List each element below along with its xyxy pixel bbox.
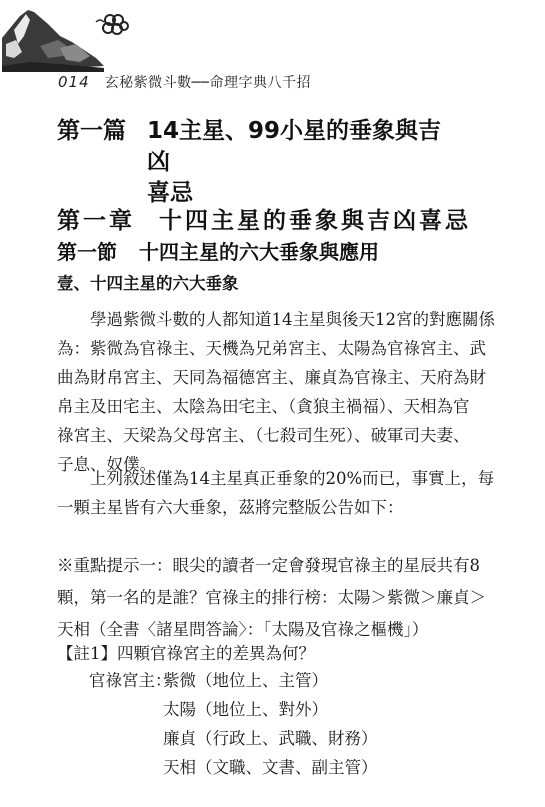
key-note: ※重點提示一：眼尖的讀者一定會發現官祿主的星辰共有8 顆，第一名的是誰？官祿主的… — [57, 550, 497, 646]
annotation-item: 紫微（地位上、主管） — [163, 666, 328, 695]
chapter-heading: 十四主星的垂象與吉凶喜忌 — [159, 207, 471, 234]
annotation-row: 廉貞（行政上、武職、財務） — [89, 724, 163, 753]
annotation-label: 官祿宮主： — [89, 666, 163, 695]
part-label: 第一篇 — [57, 116, 147, 147]
annotation-row: 天相（文職、文書、副主管） — [89, 753, 163, 782]
annotation-item: 廉貞（行政上、武職、財務） — [163, 724, 378, 753]
running-header: 014 玄秘紫微斗數──命理字典八千招 — [58, 72, 311, 92]
chapter-label: 第一章 — [57, 207, 135, 234]
section-title: 第一節十四主星的六大垂象與應用 — [57, 236, 379, 265]
body-paragraph-2: 上列敘述僅為14主星真正垂象的20%而已，事實上，每 一顆主星皆有六大垂象，茲將… — [57, 464, 497, 522]
text-line: 上列敘述僅為14主星真正垂象的20%而已，事實上，每 — [57, 464, 497, 493]
annotation-item: 太陽（地位上、對外） — [163, 695, 328, 724]
text-line: 祿宮主、天梁為父母宮主、（七殺司生死）、破軍司夫妻、 — [57, 421, 497, 450]
annotation-row: 官祿宮主： 紫微（地位上、主管） — [89, 666, 163, 695]
text-line: 曲為財帛宮主、天同為福德宮主、廉貞為官祿主、天府為財 — [57, 363, 497, 392]
body-paragraph-1: 學過紫微斗數的人都知道14主星與後天12宮的對應關係 為：紫微為官祿主、天機為兄… — [57, 305, 497, 479]
part-title: 第一篇 14主星、99小星的垂象與吉凶 喜忌 — [57, 116, 147, 147]
annotation-heading: 【註1】四顆官祿宮主的差異為何？ — [57, 640, 315, 664]
mountain-ink-painting-icon — [0, 0, 110, 72]
chapter-title: 第一章十四主星的垂象與吉凶喜忌 — [57, 202, 471, 235]
text-line: 帛主及田宅主、太陰為田宅主、（貪狼主禍福）、天相為官 — [57, 392, 497, 421]
section-label: 第一節 — [57, 240, 117, 264]
text-line: 為：紫微為官祿主、天機為兄弟宮主、太陽為官祿宮主、武 — [57, 334, 497, 363]
annotation-row: 太陽（地位上、對外） — [89, 695, 163, 724]
book-title: 玄秘紫微斗數──命理字典八千招 — [105, 75, 311, 91]
text-line: 一顆主星皆有六大垂象，茲將完整版公告如下： — [57, 493, 497, 522]
text-line: ※重點提示一：眼尖的讀者一定會發現官祿主的星辰共有8 — [57, 550, 497, 582]
auspicious-cloud-icon — [94, 12, 130, 36]
page-number: 014 — [58, 73, 90, 91]
annotation-item: 天相（文職、文書、副主管） — [163, 753, 378, 782]
text-line: 學過紫微斗數的人都知道14主星與後天12宮的對應關係 — [57, 305, 497, 334]
annotation-list: 官祿宮主： 紫微（地位上、主管） 太陽（地位上、對外） 廉貞（行政上、武職、財務… — [89, 666, 163, 782]
subsection-title: 壹、十四主星的六大垂象 — [57, 270, 239, 294]
part-title-line-1: 14主星、99小星的垂象與吉凶 — [147, 116, 447, 178]
section-heading: 十四主星的六大垂象與應用 — [139, 240, 379, 264]
text-line: 顆，第一名的是誰？官祿主的排行榜：太陽＞紫微＞廉貞＞ — [57, 582, 497, 614]
